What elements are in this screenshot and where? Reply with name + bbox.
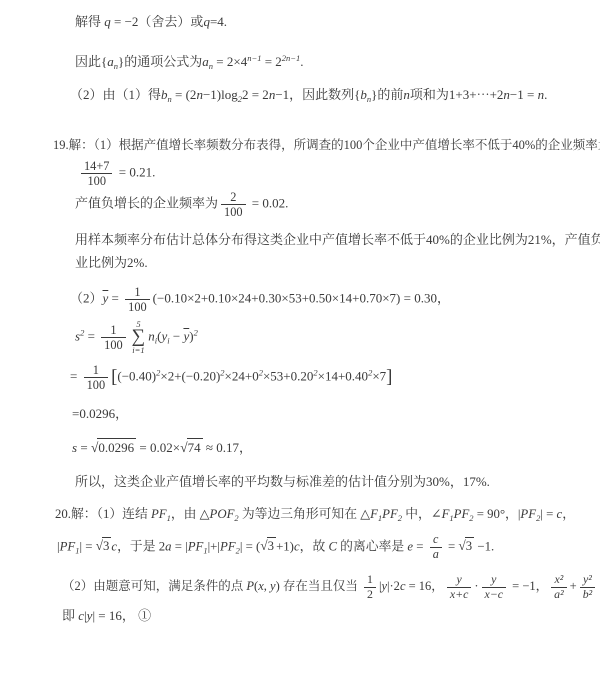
- fraction: ca: [430, 533, 442, 562]
- numerator: 14+7: [81, 159, 112, 173]
- math-variable: P: [246, 580, 254, 594]
- radicand: 0.0296: [97, 438, 136, 455]
- text: ×2+(−0.20): [160, 369, 220, 384]
- text: (−0.10×2+0.10×24+0.30×53+0.50×14+0.70×7)…: [153, 290, 450, 305]
- fraction: 2100: [221, 190, 246, 219]
- text: |·2: [387, 580, 400, 594]
- math-variable: PF: [60, 539, 76, 553]
- text: .: [544, 87, 547, 102]
- square-root: √74: [180, 438, 203, 458]
- line-20-part2a: （2）由题意可知，满足条件的点 P(x, y) 存在当且仅当 12|y|·2c …: [0, 573, 600, 601]
- denominator: 100: [81, 173, 112, 188]
- sum-lower-limit: i=1: [132, 346, 146, 355]
- text: ，: [562, 507, 575, 521]
- denominator: 100: [221, 204, 246, 219]
- numerator: y: [447, 573, 472, 587]
- text: |+|: [208, 539, 220, 553]
- denominator: b²: [580, 587, 596, 602]
- text: =4.: [210, 14, 227, 29]
- math-variable: PF: [188, 539, 204, 553]
- text: 产值负增长的企业频率为: [75, 196, 218, 211]
- denominator: x+c: [447, 587, 472, 602]
- math-variable: PF: [151, 507, 167, 521]
- text: (−0.40): [117, 369, 156, 384]
- text: （2）: [70, 290, 103, 305]
- fraction: 14+7100: [81, 159, 112, 188]
- text: −1.: [474, 539, 494, 553]
- text: 20.解：（1）连结: [55, 507, 151, 521]
- numerator: 2: [221, 190, 246, 204]
- text: 中，∠: [402, 507, 442, 521]
- denominator: 2: [364, 587, 376, 602]
- math-variable: PF: [520, 507, 536, 521]
- denominator: x−c: [482, 587, 507, 602]
- text: = |: [172, 539, 188, 553]
- text: 的通项公式为: [124, 54, 202, 69]
- text: =: [413, 539, 427, 553]
- superscript: n−1: [247, 53, 261, 63]
- text: ，故: [300, 539, 329, 553]
- summation: 5∑i=1: [132, 320, 146, 355]
- text: 19.解：（1）根据产值增长率频数分布表得，所调查的100个企业中产值增长率不低…: [53, 138, 600, 152]
- line-freq-021: 14+7100 = 0.21.: [0, 159, 600, 188]
- text: ×53+0.20: [263, 369, 313, 384]
- denominator: a²: [551, 587, 567, 602]
- sigma-icon: ∑: [132, 328, 146, 346]
- text: = 0.02.: [249, 196, 289, 211]
- radicand: 3: [267, 537, 276, 553]
- fraction: yx+c: [447, 573, 472, 601]
- numerator: 1: [125, 285, 150, 299]
- line-conclusion: 所以，这类企业产值增长率的平均数与标准差的估计值分别为30%，17%.: [0, 472, 600, 492]
- line-bn-sum: （2）由（1）得bn = (2n−1)log22 = 2n−1，因此数列{bn}…: [0, 85, 600, 106]
- math-variable: F: [370, 507, 378, 521]
- text: −1，因此数列: [275, 87, 354, 102]
- denominator: 100: [125, 299, 150, 314]
- text: = 16，: [406, 580, 444, 594]
- text: ，由 △: [171, 507, 210, 521]
- text: ≈ 0.17，: [203, 440, 252, 455]
- line-an-formula: 因此{an}的通项公式为an = 2×4n−1 = 22n−1.: [0, 52, 600, 73]
- math-variable: PF: [220, 539, 236, 553]
- line-q-solution: 解得 q = −2（舍去）或q=4.: [0, 12, 600, 32]
- line-proportion-1: 用样本频率分布估计总体分布得这类企业中产值增长率不低于40%的企业比例为21%，…: [0, 230, 600, 250]
- numerator: y: [482, 573, 507, 587]
- numerator: 1: [84, 363, 109, 377]
- square-root: √0.0296: [91, 438, 136, 458]
- line-19-intro: 19.解：（1）根据产值增长率频数分布表得，所调查的100个企业中产值增长率不低…: [0, 136, 600, 155]
- line-proportion-2: 业比例为2%.: [0, 253, 600, 273]
- superscript: 2n−1: [282, 53, 301, 63]
- line-ybar: （2）y = 1100(−0.10×2+0.10×24+0.30×53+0.50…: [0, 285, 600, 314]
- numerator: c: [430, 533, 442, 547]
- line-s-squared: s2 = 11005∑i=1ni(yi − y)2: [0, 320, 600, 355]
- text: 因此: [75, 54, 101, 69]
- numerator: y²: [580, 573, 596, 587]
- line-20-part1b: |PF1| = √3c，于是 2a = |PF1|+|PF2| = (√3+1)…: [0, 533, 600, 562]
- text: = 2: [261, 54, 281, 69]
- numerator: 1: [364, 573, 376, 587]
- text: | = 16， ①: [92, 608, 151, 623]
- text: | =: [79, 539, 95, 553]
- text: ×14+0.40: [318, 369, 368, 384]
- fraction: 1100: [125, 285, 150, 314]
- fraction: 1100: [84, 363, 109, 392]
- text: = 0.21.: [115, 164, 155, 179]
- text: = −1，: [509, 580, 548, 594]
- line-s-value: s = √0.0296 = 0.02×√74 ≈ 0.17，: [0, 438, 600, 458]
- text: = 2×4: [213, 54, 247, 69]
- denominator: 100: [101, 337, 126, 352]
- text: +1): [276, 539, 294, 553]
- text: +: [570, 580, 577, 594]
- superscript: 2: [194, 327, 198, 337]
- fraction: yx−c: [482, 573, 507, 601]
- text: ) 存在当且仅当: [276, 580, 361, 594]
- square-root: √3: [96, 536, 112, 556]
- line-s-squared-value: =0.0296，: [0, 404, 600, 424]
- text: = −2（舍去）或: [111, 14, 204, 29]
- radicand: 74: [187, 438, 203, 455]
- text: | =: [540, 507, 556, 521]
- text: 的前: [377, 87, 403, 102]
- text: =: [445, 539, 459, 553]
- numerator: 1: [101, 323, 126, 337]
- math-variable: PF: [454, 507, 470, 521]
- radicand: 3: [465, 537, 474, 553]
- numerator: x²: [551, 573, 567, 587]
- text: 所以，这类企业产值增长率的平均数与标准差的估计值分别为30%，17%.: [75, 474, 490, 489]
- text: ×7: [372, 369, 386, 384]
- text: ·: [474, 580, 478, 594]
- text: =: [70, 369, 81, 384]
- denominator: a: [430, 547, 442, 562]
- fraction: 12: [364, 573, 376, 601]
- text: = 0.02×: [136, 440, 180, 455]
- text: 2 = 2: [242, 87, 269, 102]
- text: −1)log: [203, 87, 238, 102]
- text: | = (: [240, 539, 260, 553]
- text: 业比例为2%.: [75, 255, 148, 270]
- radicand: 3: [102, 537, 111, 553]
- text: = 90°，|: [474, 507, 521, 521]
- text: = (2: [172, 87, 197, 102]
- math-variable: POF: [210, 507, 235, 521]
- text: −1 =: [510, 87, 538, 102]
- square-root: √3: [260, 536, 276, 556]
- text: .: [300, 54, 303, 69]
- text: 用样本频率分布估计总体分布得这类企业中产值增长率不低于40%的企业比例为21%，…: [75, 232, 600, 247]
- text: ×24+0: [225, 369, 259, 384]
- text: −: [170, 328, 184, 343]
- math-variable: C: [328, 539, 337, 553]
- square-root: √3: [458, 536, 474, 556]
- text: =0.0296，: [72, 406, 128, 421]
- text: 项和为1+3+⋯+2: [410, 87, 504, 102]
- text: 解得: [75, 14, 104, 29]
- text: =: [84, 328, 98, 343]
- text: 即: [62, 608, 78, 623]
- document-page: 解得 q = −2（舍去）或q=4.因此{an}的通项公式为an = 2×4n−…: [0, 0, 600, 694]
- fraction: y²b²: [580, 573, 596, 601]
- line-20-part1a: 20.解：（1）连结 PF1，由 △POF2 为等边三角形可知在 △F1PF2 …: [0, 505, 600, 525]
- text: 为等边三角形可知在 △: [239, 507, 370, 521]
- fraction: 1100: [101, 323, 126, 352]
- line-20-part2b: 即 c|y| = 16， ①: [0, 606, 600, 626]
- line-s-squared-expand: = 1100[(−0.40)2×2+(−0.20)2×24+02×53+0.20…: [0, 363, 600, 392]
- text: 的离心率是: [337, 539, 407, 553]
- text: ，于是 2: [117, 539, 165, 553]
- text: =: [77, 440, 91, 455]
- text: =: [108, 290, 122, 305]
- fraction: x²a²: [551, 573, 567, 601]
- math-variable: PF: [382, 507, 398, 521]
- denominator: 100: [84, 377, 109, 392]
- text: （2）由题意可知，满足条件的点: [62, 580, 246, 594]
- line-freq-002: 产值负增长的企业频率为2100 = 0.02.: [0, 190, 600, 219]
- text: （2）由（1）得: [70, 87, 161, 102]
- bracket: ]: [386, 367, 392, 388]
